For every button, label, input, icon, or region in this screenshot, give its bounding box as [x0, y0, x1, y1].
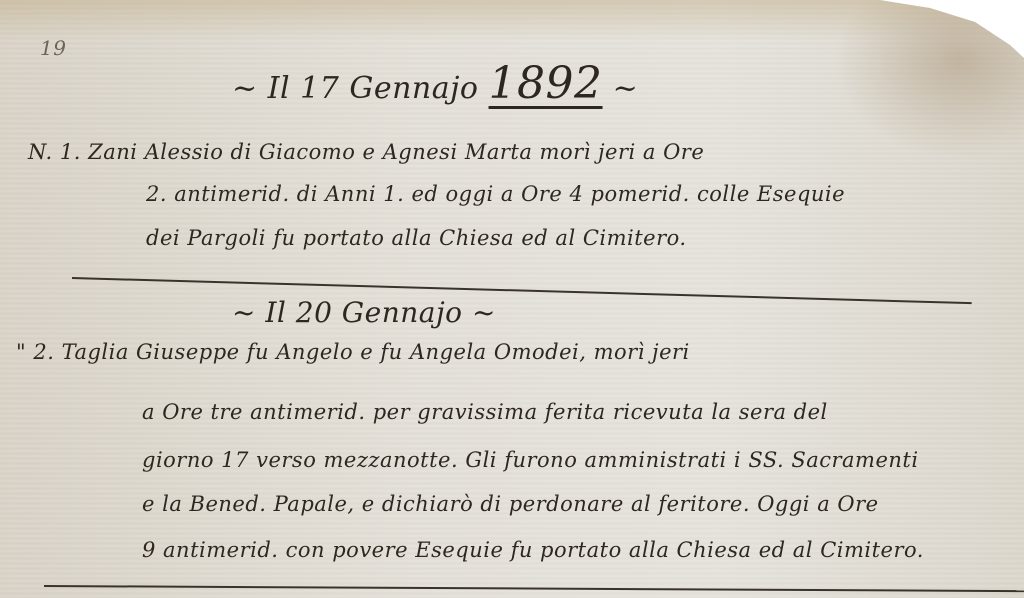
entry-1-line-3: dei Pargoli fu portato alla Chiesa ed al…	[146, 226, 687, 250]
entry-2-line-4: e la Bened. Papale, e dichiarò di perdon…	[142, 492, 879, 516]
date-heading-2-text: ~ Il 20 Gennajo	[232, 296, 463, 329]
date-heading-2: ~ Il 20 Gennajo ~	[232, 296, 496, 329]
entry-2-line-3: giorno 17 verso mezzanotte. Gli furono a…	[142, 448, 919, 472]
register-page: 19 ~ Il 17 Gennajo 1892 ~ N. 1. Zani Ale…	[0, 0, 1024, 598]
entry-1-text-1: Zani Alessio di Giacomo e Agnesi Marta m…	[88, 140, 704, 164]
flourish: ~	[613, 71, 639, 106]
year-underlined: 1892	[489, 58, 603, 109]
entry-1-number: N. 1.	[28, 140, 81, 164]
flourish: ~	[472, 296, 496, 329]
entry-2-line-2: a Ore tre antimerid. per gravissima feri…	[142, 400, 828, 424]
separator-rule-1	[72, 277, 972, 304]
page-number: 19	[40, 36, 66, 60]
entry-2-line-5: 9 antimerid. con povere Esequie fu porta…	[142, 538, 924, 562]
separator-rule-2	[44, 585, 1024, 592]
entry-2-line-1: " 2. Taglia Giuseppe fu Angelo e fu Ange…	[16, 340, 690, 364]
entry-1-line-2: 2. antimerid. di Anni 1. ed oggi a Ore 4…	[146, 182, 845, 206]
entry-2-text-1: Taglia Giuseppe fu Angelo e fu Angela Om…	[62, 340, 690, 364]
entry-2-number: " 2.	[16, 340, 54, 364]
entry-1-line-1: N. 1. Zani Alessio di Giacomo e Agnesi M…	[28, 140, 704, 164]
date-heading-1-text: ~ Il 17 Gennajo	[232, 71, 478, 106]
date-heading-1: ~ Il 17 Gennajo 1892 ~	[232, 58, 638, 109]
